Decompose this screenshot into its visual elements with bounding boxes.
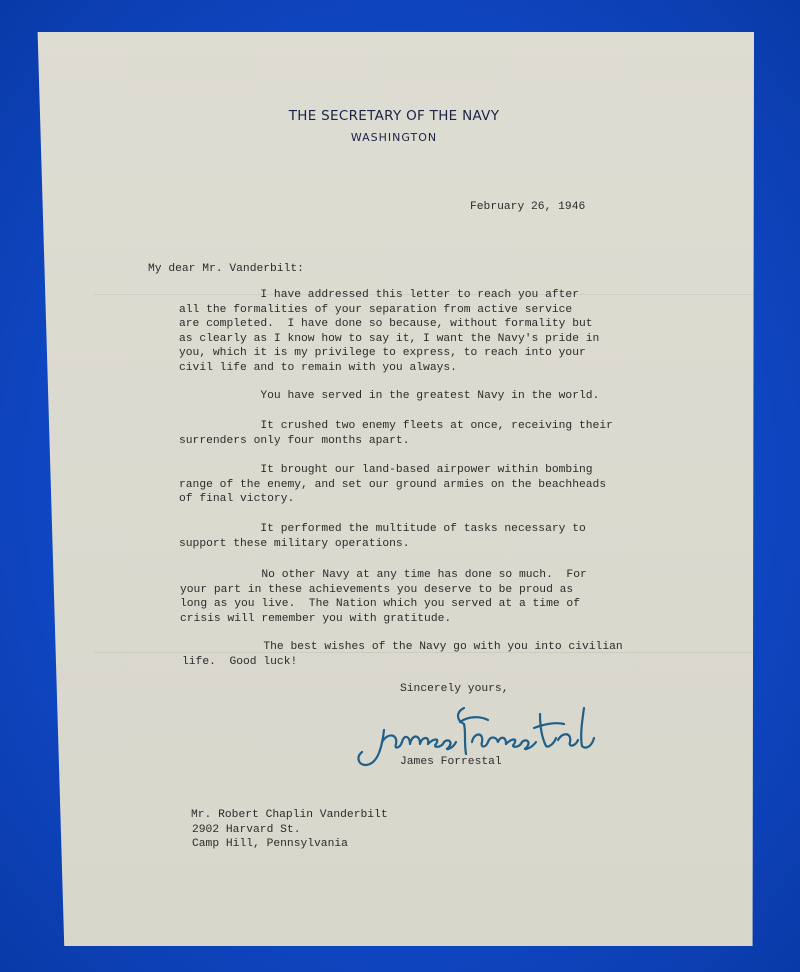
letter-paper: THE SECRETARY OF THE NAVY WASHINGTON Feb…: [34, 32, 754, 946]
paragraph-4: It brought our land-based airpower withi…: [179, 463, 606, 507]
typed-signatory-name: James Forrestal: [400, 755, 502, 770]
recipient-name: Mr. Robert Chaplin Vanderbilt: [191, 808, 388, 823]
paragraph-5: It performed the multitude of tasks nece…: [179, 522, 586, 551]
letter-date: February 26, 1946: [470, 200, 585, 215]
paragraph-7: The best wishes of the Navy go with you …: [182, 640, 623, 669]
letterhead-title: THE SECRETARY OF THE NAVY: [34, 108, 754, 124]
letterhead-location: WASHINGTON: [34, 131, 754, 144]
recipient-street: 2902 Harvard St.: [192, 823, 300, 838]
closing: Sincerely yours,: [400, 682, 508, 697]
paragraph-2: You have served in the greatest Navy in …: [179, 389, 599, 404]
paragraph-1: I have addressed this letter to reach yo…: [179, 288, 599, 376]
salutation: My dear Mr. Vanderbilt:: [148, 262, 304, 277]
paragraph-6: No other Navy at any time has done so mu…: [180, 568, 587, 626]
recipient-city: Camp Hill, Pennsylvania: [192, 837, 348, 852]
paragraph-3: It crushed two enemy fleets at once, rec…: [179, 419, 613, 448]
